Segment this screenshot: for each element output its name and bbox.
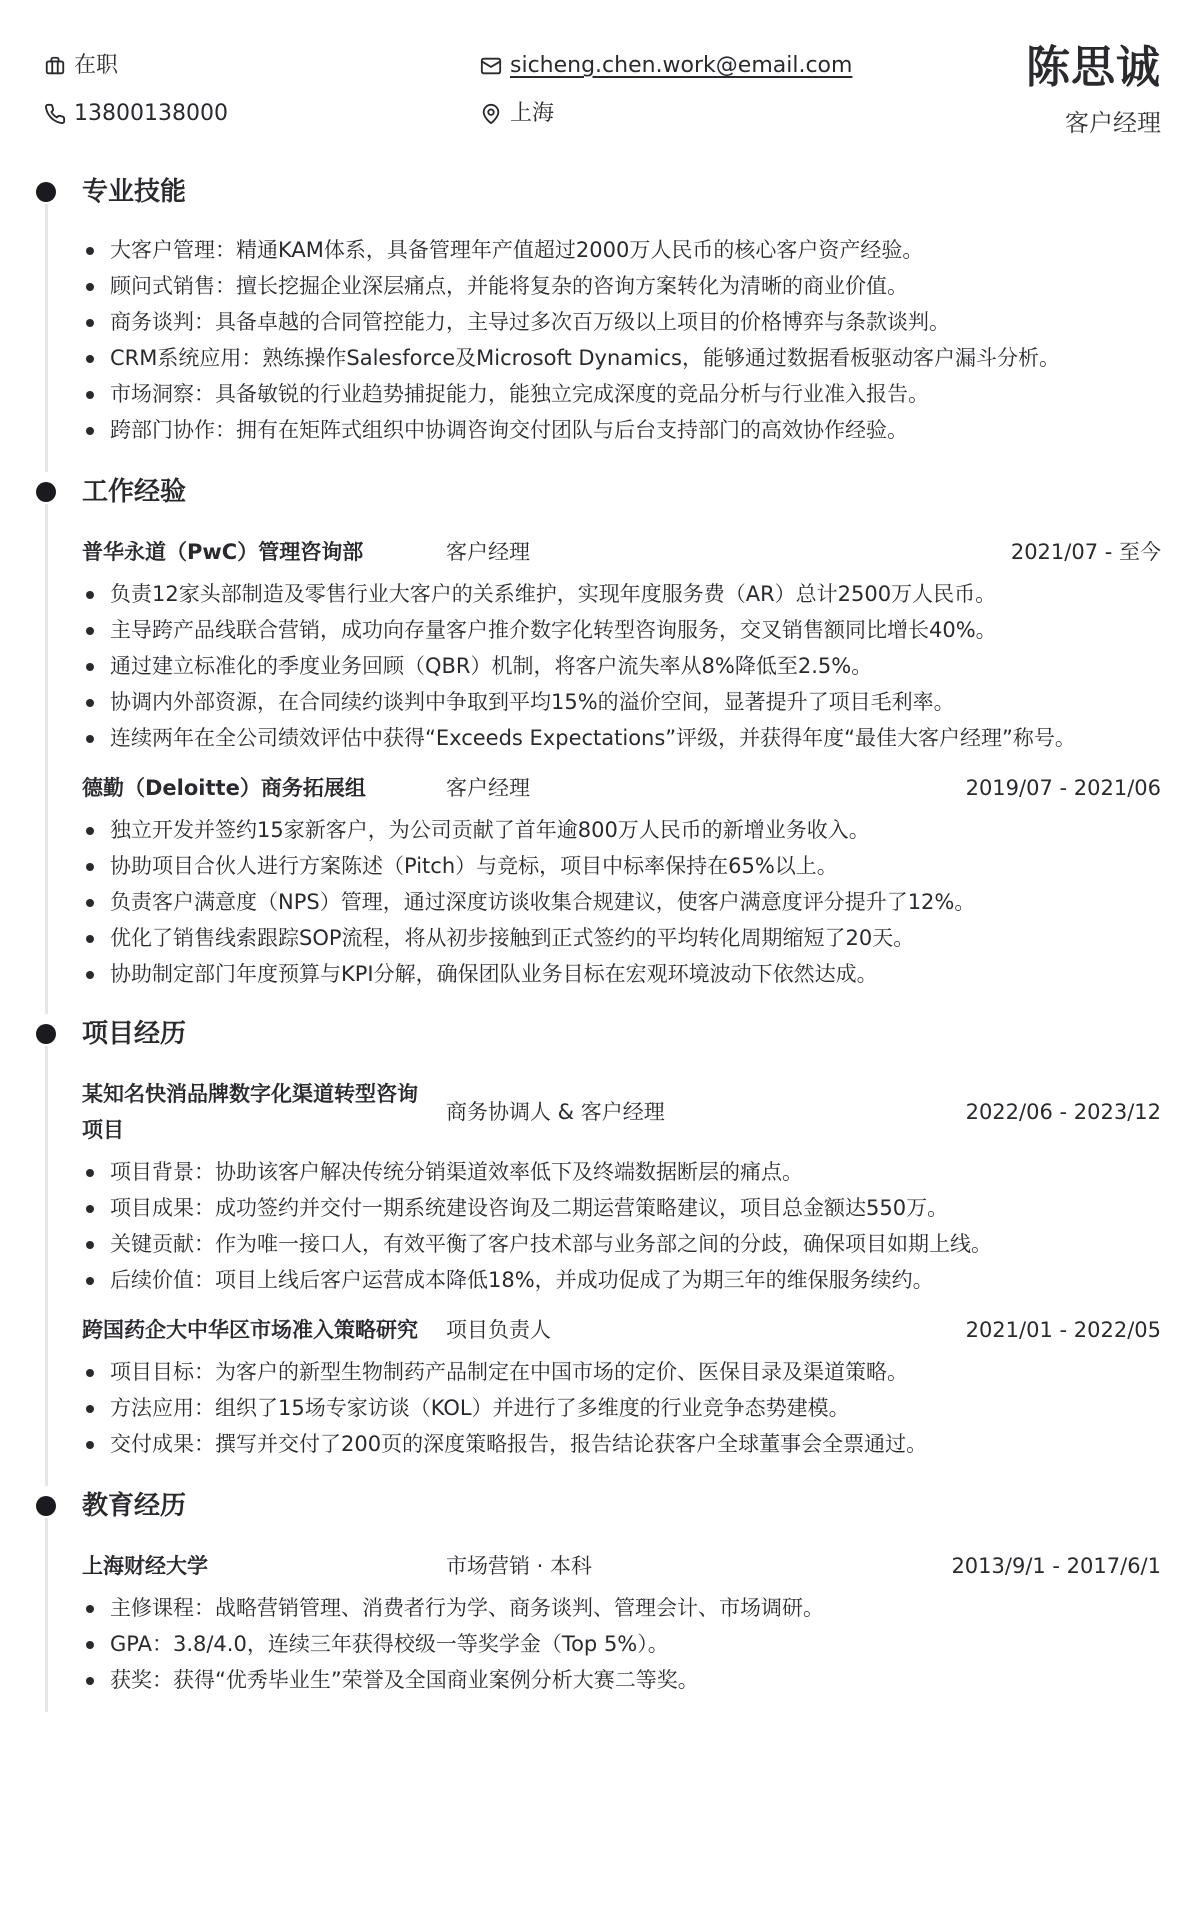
timeline-dot (36, 1024, 56, 1044)
role: 商务协调人 & 客户经理 (446, 1094, 966, 1130)
timeline-rail (45, 1046, 48, 1486)
list-item: 项目目标：为客户的新型生物制药产品制定在中国市场的定价、医保目录及渠道策略。 (82, 1354, 1161, 1390)
entry-bullets: 项目目标：为客户的新型生物制药产品制定在中国市场的定价、医保目录及渠道策略。 方… (82, 1354, 1161, 1462)
candidate-job-title: 客户经理 (1065, 108, 1161, 138)
email: sicheng.chen.work@email.com (480, 52, 852, 80)
company-name: 普华永道（PwC）管理咨询部 (82, 534, 446, 570)
section-education: 教育经历 上海财经大学 市场营销 · 本科 2013/9/1 - 2017/6/… (0, 1486, 1191, 1712)
section-title: 专业技能 (82, 172, 1161, 212)
list-item: 负责客户满意度（NPS）管理，通过深度访谈收集合规建议，使客户满意度评分提升了1… (82, 884, 1161, 920)
email-link[interactable]: sicheng.chen.work@email.com (510, 52, 852, 80)
list-item: GPA：3.8/4.0，连续三年获得校级一等奖学金（Top 5%）。 (82, 1626, 1161, 1662)
date-range: 2019/07 - 2021/06 (966, 770, 1161, 806)
entry-header: 跨国药企大中华区市场准入策略研究 项目负责人 2021/01 - 2022/05 (82, 1312, 1161, 1348)
location: 上海 (480, 100, 554, 128)
list-item: 主修课程：战略营销管理、消费者行为学、商务谈判、管理会计、市场调研。 (82, 1590, 1161, 1626)
map-pin-icon (480, 103, 502, 125)
list-item: 关键贡献：作为唯一接口人，有效平衡了客户技术部与业务部之间的分歧，确保项目如期上… (82, 1226, 1161, 1262)
status-text: 在职 (74, 52, 118, 80)
date-range: 2021/07 - 至今 (1011, 534, 1161, 570)
list-item: 商务谈判：具备卓越的合同管控能力，主导过多次百万级以上项目的价格博弈与条款谈判。 (82, 304, 1161, 340)
project-name: 跨国药企大中华区市场准入策略研究 (82, 1312, 446, 1348)
role: 客户经理 (446, 534, 1011, 570)
date-range: 2013/9/1 - 2017/6/1 (951, 1548, 1161, 1584)
section-work-experience: 工作经验 普华永道（PwC）管理咨询部 客户经理 2021/07 - 至今 负责… (0, 472, 1191, 1014)
resume-header: 在职 13800138000 sicheng.chen.work@email.c… (0, 0, 1191, 150)
resume-page: 在职 13800138000 sicheng.chen.work@email.c… (0, 0, 1191, 1752)
list-item: 协助制定部门年度预算与KPI分解，确保团队业务目标在宏观环境波动下依然达成。 (82, 956, 1161, 992)
date-range: 2021/01 - 2022/05 (966, 1312, 1161, 1348)
major-degree: 市场营销 · 本科 (446, 1548, 951, 1584)
timeline-rail (45, 504, 48, 1014)
list-item: 独立开发并签约15家新客户，为公司贡献了首年逾800万人民币的新增业务收入。 (82, 812, 1161, 848)
entry-bullets: 独立开发并签约15家新客户，为公司贡献了首年逾800万人民币的新增业务收入。 协… (82, 812, 1161, 992)
mail-icon (480, 55, 502, 77)
location-text: 上海 (510, 100, 554, 128)
education-entry: 上海财经大学 市场营销 · 本科 2013/9/1 - 2017/6/1 主修课… (82, 1548, 1161, 1698)
section-projects: 项目经历 某知名快消品牌数字化渠道转型咨询项目 商务协调人 & 客户经理 202… (0, 1014, 1191, 1486)
briefcase-icon (44, 55, 66, 77)
project-name: 某知名快消品牌数字化渠道转型咨询项目 (82, 1076, 446, 1148)
list-item: 负责12家头部制造及零售行业大客户的关系维护，实现年度服务费（AR）总计2500… (82, 576, 1161, 612)
work-entry: 德勤（Deloitte）商务拓展组 客户经理 2019/07 - 2021/06… (82, 770, 1161, 992)
list-item: 连续两年在全公司绩效评估中获得“Exceeds Expectations”评级，… (82, 720, 1161, 756)
list-item: CRM系统应用：熟练操作Salesforce及Microsoft Dynamic… (82, 340, 1161, 376)
phone: 13800138000 (44, 100, 228, 128)
entry-bullets: 主修课程：战略营销管理、消费者行为学、商务谈判、管理会计、市场调研。 GPA：3… (82, 1590, 1161, 1698)
timeline-dot (36, 482, 56, 502)
section-title: 项目经历 (82, 1014, 1161, 1054)
list-item: 主导跨产品线联合营销，成功向存量客户推介数字化转型咨询服务，交叉销售额同比增长4… (82, 612, 1161, 648)
timeline-dot (36, 1496, 56, 1516)
section-title: 教育经历 (82, 1486, 1161, 1526)
list-item: 协调内外部资源，在合同续约谈判中争取到平均15%的溢价空间，显著提升了项目毛利率… (82, 684, 1161, 720)
list-item: 方法应用：组织了15场专家访谈（KOL）并进行了多维度的行业竞争态势建模。 (82, 1390, 1161, 1426)
list-item: 协助项目合伙人进行方案陈述（Pitch）与竞标，项目中标率保持在65%以上。 (82, 848, 1161, 884)
timeline-rail (45, 1518, 48, 1712)
list-item: 跨部门协作：拥有在矩阵式组织中协调咨询交付团队与后台支持部门的高效协作经验。 (82, 412, 1161, 448)
school-name: 上海财经大学 (82, 1548, 446, 1584)
entry-bullets: 负责12家头部制造及零售行业大客户的关系维护，实现年度服务费（AR）总计2500… (82, 576, 1161, 756)
list-item: 通过建立标准化的季度业务回顾（QBR）机制，将客户流失率从8%降低至2.5%。 (82, 648, 1161, 684)
phone-text: 13800138000 (74, 100, 228, 128)
entry-header: 德勤（Deloitte）商务拓展组 客户经理 2019/07 - 2021/06 (82, 770, 1161, 806)
entry-bullets: 项目背景：协助该客户解决传统分销渠道效率低下及终端数据断层的痛点。 项目成果：成… (82, 1154, 1161, 1298)
list-item: 市场洞察：具备敏锐的行业趋势捕捉能力，能独立完成深度的竞品分析与行业准入报告。 (82, 376, 1161, 412)
employment-status: 在职 (44, 52, 118, 80)
list-item: 优化了销售线索跟踪SOP流程，将从初步接触到正式签约的平均转化周期缩短了20天。 (82, 920, 1161, 956)
work-entry: 普华永道（PwC）管理咨询部 客户经理 2021/07 - 至今 负责12家头部… (82, 534, 1161, 756)
list-item: 获奖：获得“优秀毕业生”荣誉及全国商业案例分析大赛二等奖。 (82, 1662, 1161, 1698)
date-range: 2022/06 - 2023/12 (966, 1094, 1161, 1130)
list-item: 项目背景：协助该客户解决传统分销渠道效率低下及终端数据断层的痛点。 (82, 1154, 1161, 1190)
list-item: 大客户管理：精通KAM体系，具备管理年产值超过2000万人民币的核心客户资产经验… (82, 232, 1161, 268)
phone-icon (44, 103, 66, 125)
role: 客户经理 (446, 770, 966, 806)
section-skills: 专业技能 大客户管理：精通KAM体系，具备管理年产值超过2000万人民币的核心客… (0, 172, 1191, 472)
list-item: 交付成果：撰写并交付了200页的深度策略报告，报告结论获客户全球董事会全票通过。 (82, 1426, 1161, 1462)
list-item: 后续价值：项目上线后客户运营成本降低18%，并成功促成了为期三年的维保服务续约。 (82, 1262, 1161, 1298)
skills-list: 大客户管理：精通KAM体系，具备管理年产值超过2000万人民币的核心客户资产经验… (82, 232, 1161, 448)
candidate-name: 陈思诚 (1026, 40, 1161, 96)
entry-header: 上海财经大学 市场营销 · 本科 2013/9/1 - 2017/6/1 (82, 1548, 1161, 1584)
list-item: 项目成果：成功签约并交付一期系统建设咨询及二期运营策略建议，项目总金额达550万… (82, 1190, 1161, 1226)
section-title: 工作经验 (82, 472, 1161, 512)
project-entry: 某知名快消品牌数字化渠道转型咨询项目 商务协调人 & 客户经理 2022/06 … (82, 1076, 1161, 1298)
timeline-rail (45, 204, 48, 472)
entry-header: 某知名快消品牌数字化渠道转型咨询项目 商务协调人 & 客户经理 2022/06 … (82, 1076, 1161, 1148)
list-item: 顾问式销售：擅长挖掘企业深层痛点，并能将复杂的咨询方案转化为清晰的商业价值。 (82, 268, 1161, 304)
project-entry: 跨国药企大中华区市场准入策略研究 项目负责人 2021/01 - 2022/05… (82, 1312, 1161, 1462)
company-name: 德勤（Deloitte）商务拓展组 (82, 770, 446, 806)
role: 项目负责人 (446, 1312, 966, 1348)
entry-header: 普华永道（PwC）管理咨询部 客户经理 2021/07 - 至今 (82, 534, 1161, 570)
timeline-dot (36, 182, 56, 202)
